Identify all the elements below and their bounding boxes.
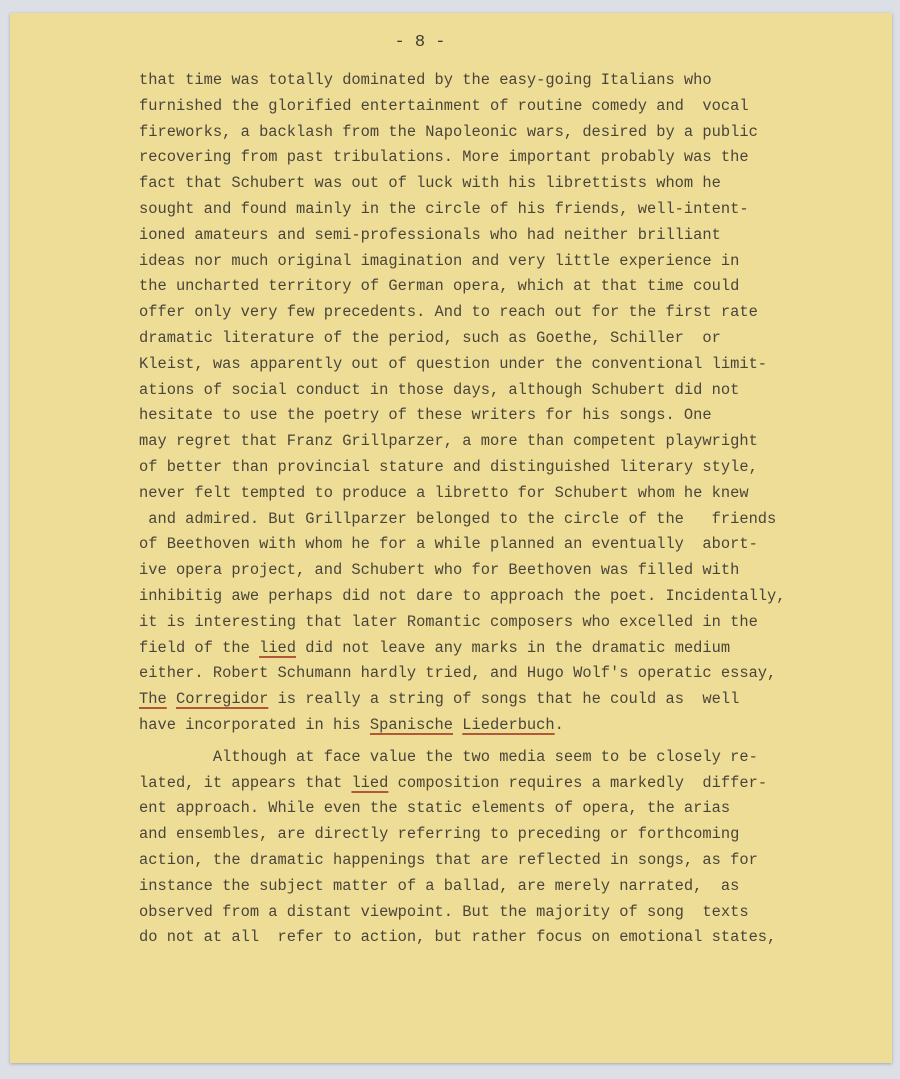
text-segment: have incorporated in his [139, 716, 370, 734]
text-line: The Corregidor is really a string of son… [139, 687, 879, 713]
text-segment: offer only very few precedents. And to r… [139, 303, 758, 321]
text-segment: recovering from past tribulations. More … [139, 148, 749, 166]
text-line: never felt tempted to produce a libretto… [139, 481, 879, 507]
text-segment: of better than provincial stature and di… [139, 458, 758, 476]
underlined-title: lied [259, 639, 296, 657]
text-line: either. Robert Schumann hardly tried, an… [139, 661, 879, 687]
body-text: that time was totally dominated by the e… [139, 68, 879, 951]
text-line: sought and found mainly in the circle of… [139, 197, 879, 223]
text-line: lated, it appears that lied composition … [139, 771, 879, 797]
text-line: and admired. But Grillparzer belonged to… [139, 507, 879, 533]
text-segment: it is interesting that later Romantic co… [139, 613, 758, 631]
text-segment: Although at face value the two media see… [139, 748, 758, 766]
text-line: action, the dramatic happenings that are… [139, 848, 879, 874]
text-segment: Kleist, was apparently out of question u… [139, 355, 767, 373]
text-line: have incorporated in his Spanische Liede… [139, 713, 879, 739]
text-line: ideas nor much original imagination and … [139, 249, 879, 275]
text-segment: either. Robert Schumann hardly tried, an… [139, 664, 776, 682]
text-segment: do not at all refer to action, but rathe… [139, 928, 776, 946]
text-segment: fireworks, a backlash from the Napoleoni… [139, 123, 758, 141]
text-segment: ent approach. While even the static elem… [139, 799, 730, 817]
text-line: and ensembles, are directly referring to… [139, 822, 879, 848]
text-segment: and admired. But Grillparzer belonged to… [139, 510, 776, 528]
text-line: inhibitig awe perhaps did not dare to ap… [139, 584, 879, 610]
text-line: ent approach. While even the static elem… [139, 796, 879, 822]
text-segment [167, 690, 176, 708]
underlined-title: Corregidor [176, 690, 268, 708]
text-line: ive opera project, and Schubert who for … [139, 558, 879, 584]
text-line: of better than provincial stature and di… [139, 455, 879, 481]
text-segment: never felt tempted to produce a libretto… [139, 484, 749, 502]
text-line: it is interesting that later Romantic co… [139, 610, 879, 636]
text-segment: ioned amateurs and semi-professionals wh… [139, 226, 721, 244]
underlined-title: Spanische [370, 716, 453, 734]
text-segment: did not leave any marks in the dramatic … [296, 639, 730, 657]
text-line: that time was totally dominated by the e… [139, 68, 879, 94]
text-segment: is really a string of songs that he coul… [268, 690, 739, 708]
text-segment: and ensembles, are directly referring to… [139, 825, 739, 843]
text-segment: instance the subject matter of a ballad,… [139, 877, 739, 895]
text-segment: may regret that Franz Grillparzer, a mor… [139, 432, 758, 450]
paragraph: Although at face value the two media see… [139, 745, 879, 951]
underlined-title: The [139, 690, 167, 708]
text-segment: of Beethoven with whom he for a while pl… [139, 535, 758, 553]
text-line: dramatic literature of the period, such … [139, 326, 879, 352]
page-number: - 8 - [10, 33, 830, 52]
text-line: fact that Schubert was out of luck with … [139, 171, 879, 197]
text-segment: ive opera project, and Schubert who for … [139, 561, 739, 579]
text-segment: sought and found mainly in the circle of… [139, 200, 749, 218]
text-line: ations of social conduct in those days, … [139, 378, 879, 404]
text-segment: field of the [139, 639, 259, 657]
text-segment: the uncharted territory of German opera,… [139, 277, 739, 295]
text-line: Although at face value the two media see… [139, 745, 879, 771]
text-segment: that time was totally dominated by the e… [139, 71, 712, 89]
text-segment: inhibitig awe perhaps did not dare to ap… [139, 587, 786, 605]
text-segment [453, 716, 462, 734]
text-segment: ideas nor much original imagination and … [139, 252, 739, 270]
text-segment: dramatic literature of the period, such … [139, 329, 721, 347]
text-segment: action, the dramatic happenings that are… [139, 851, 758, 869]
paragraph: that time was totally dominated by the e… [139, 68, 879, 739]
text-line: furnished the glorified entertainment of… [139, 94, 879, 120]
text-line: field of the lied did not leave any mark… [139, 636, 879, 662]
typewritten-page: - 8 - that time was totally dominated by… [10, 13, 892, 1063]
text-segment: . [555, 716, 564, 734]
text-line: do not at all refer to action, but rathe… [139, 925, 879, 951]
text-line: ioned amateurs and semi-professionals wh… [139, 223, 879, 249]
text-line: observed from a distant viewpoint. But t… [139, 900, 879, 926]
text-segment: observed from a distant viewpoint. But t… [139, 903, 749, 921]
text-segment: fact that Schubert was out of luck with … [139, 174, 721, 192]
text-line: hesitate to use the poetry of these writ… [139, 403, 879, 429]
text-line: of Beethoven with whom he for a while pl… [139, 532, 879, 558]
text-line: Kleist, was apparently out of question u… [139, 352, 879, 378]
text-line: may regret that Franz Grillparzer, a mor… [139, 429, 879, 455]
text-segment: lated, it appears that [139, 774, 351, 792]
text-segment: composition requires a markedly differ- [388, 774, 767, 792]
text-segment: furnished the glorified entertainment of… [139, 97, 749, 115]
text-line: recovering from past tribulations. More … [139, 145, 879, 171]
text-line: fireworks, a backlash from the Napoleoni… [139, 120, 879, 146]
text-segment: hesitate to use the poetry of these writ… [139, 406, 712, 424]
underlined-title: lied [351, 774, 388, 792]
text-line: offer only very few precedents. And to r… [139, 300, 879, 326]
text-line: instance the subject matter of a ballad,… [139, 874, 879, 900]
text-line: the uncharted territory of German opera,… [139, 274, 879, 300]
underlined-title: Liederbuch [462, 716, 554, 734]
text-segment: ations of social conduct in those days, … [139, 381, 739, 399]
